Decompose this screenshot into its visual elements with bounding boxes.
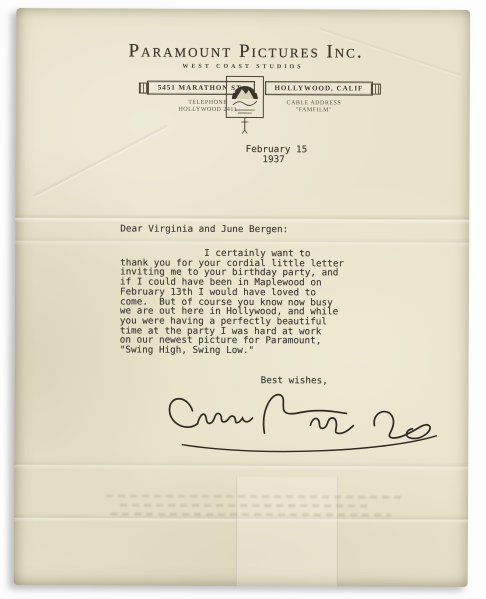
company-name: Paramount Pictures Inc. bbox=[16, 40, 470, 64]
letter-body: I certainly want to thank you for your c… bbox=[120, 248, 370, 356]
telephone-number: HOLLYWOOD 2411 bbox=[162, 107, 254, 114]
letter-paper: Paramount Pictures Inc. WEST COAST STUDI… bbox=[14, 8, 471, 587]
cable-block: CABLE ADDRESS "FAMFILM" bbox=[268, 100, 360, 114]
corner-crease bbox=[33, 124, 169, 199]
fold-crease bbox=[15, 213, 469, 224]
closing-line: Best wishes, bbox=[261, 376, 328, 386]
company-subtitle: WEST COAST STUDIOS bbox=[16, 63, 470, 71]
address-ribbon-right: HOLLYWOOD, CALIF bbox=[265, 81, 373, 95]
fold-crease bbox=[14, 513, 468, 524]
fold-pressed-band bbox=[236, 477, 338, 586]
date-line: February 15 1937 bbox=[246, 145, 308, 165]
fold-crease bbox=[15, 236, 469, 247]
salutation: Dear Virginia and June Bergen: bbox=[120, 224, 288, 234]
verso-bleed-through bbox=[106, 494, 402, 521]
carole-lombard-signature bbox=[160, 387, 470, 466]
city-address: HOLLYWOOD, CALIF bbox=[274, 84, 363, 92]
cable-address: "FAMFILM" bbox=[268, 107, 360, 114]
telephone-block: TELEPHONE HOLLYWOOD 2411 bbox=[162, 100, 254, 114]
photographed-letter-scan: Paramount Pictures Inc. WEST COAST STUDI… bbox=[0, 0, 486, 599]
